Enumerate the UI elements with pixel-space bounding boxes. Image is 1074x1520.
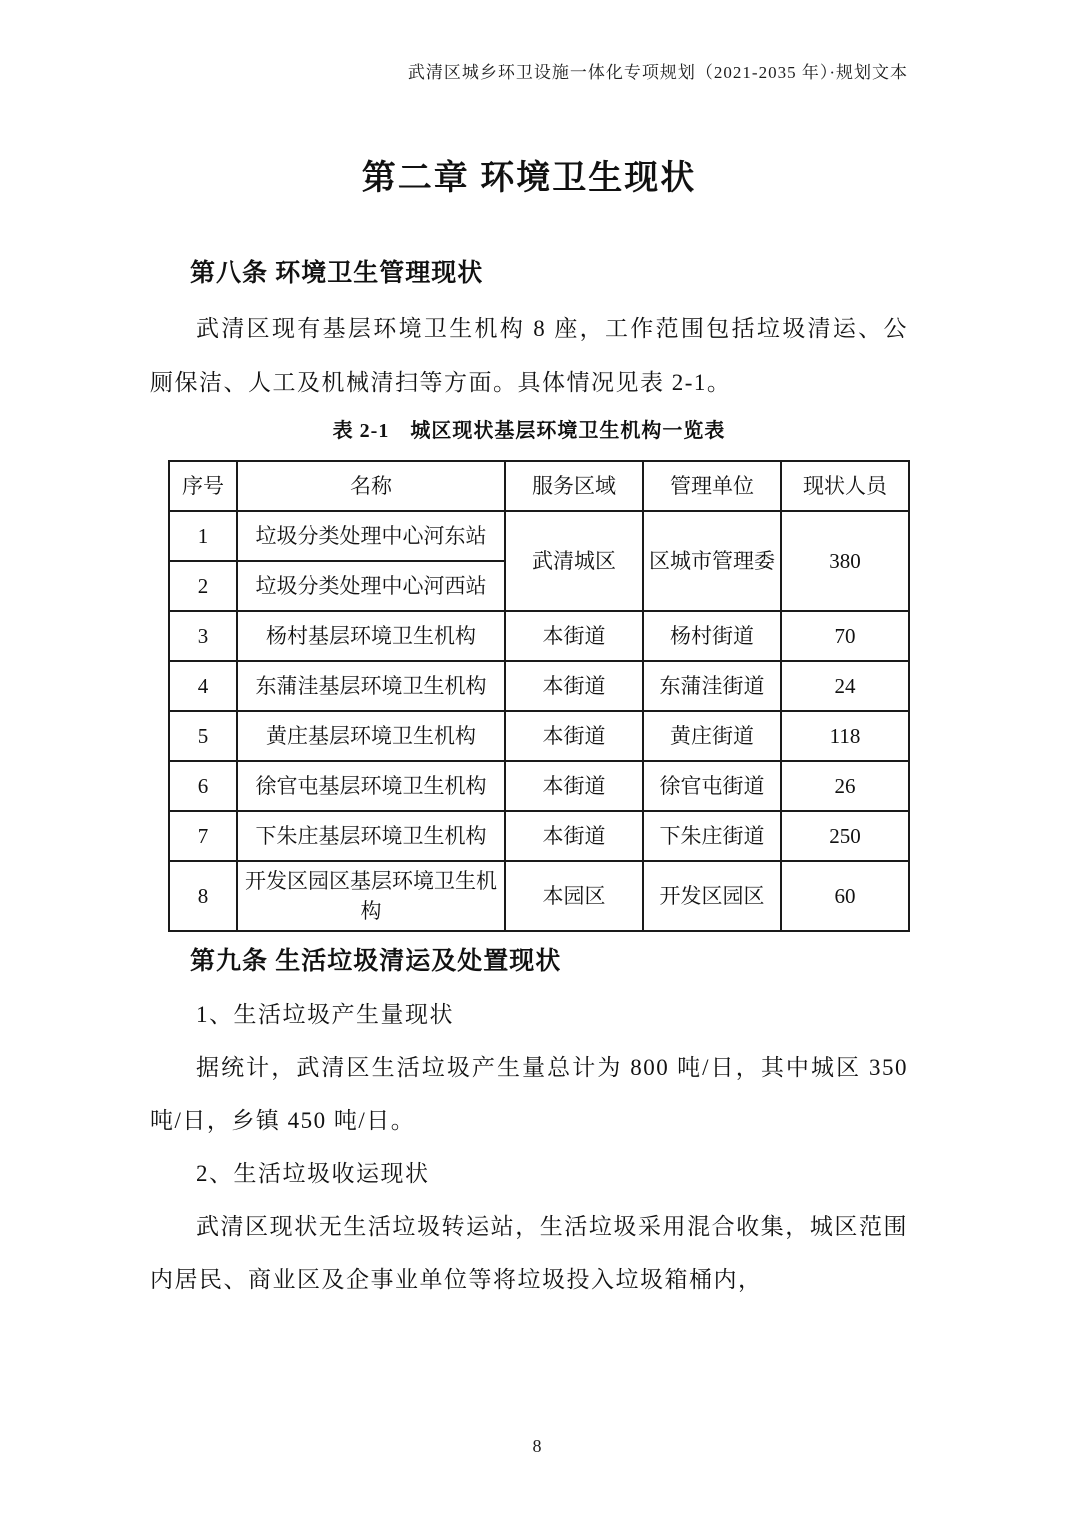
table-cell: 6: [169, 761, 237, 811]
table-cell: 本街道: [505, 811, 643, 861]
table-cell: 本街道: [505, 711, 643, 761]
table-cell: 本园区: [505, 861, 643, 931]
table-row: 4东蒲洼基层环境卫生机构本街道东蒲洼街道24: [169, 661, 909, 711]
table-cell: 徐官屯基层环境卫生机构: [237, 761, 505, 811]
table-cell: 开发区园区基层环境卫生机构: [237, 861, 505, 931]
table-cell: 区城市管理委: [643, 511, 781, 611]
table-cell: 70: [781, 611, 909, 661]
table-row: 5黄庄基层环境卫生机构本街道黄庄街道118: [169, 711, 909, 761]
table-cell: 垃圾分类处理中心河西站: [237, 561, 505, 611]
table-cell: 本街道: [505, 761, 643, 811]
col-header-managing-unit: 管理单位: [643, 461, 781, 511]
table-cell: 本街道: [505, 611, 643, 661]
section8-paragraph: 武清区现有基层环境卫生机构 8 座，工作范围包括垃圾清运、公厕保洁、人工及机械清…: [150, 302, 908, 410]
table-cell: 5: [169, 711, 237, 761]
table-cell: 黄庄基层环境卫生机构: [237, 711, 505, 761]
table-caption: 表 2-1 城区现状基层环境卫生机构一览表: [150, 418, 908, 444]
col-header-index: 序号: [169, 461, 237, 511]
table-cell: 60: [781, 861, 909, 931]
table-cell: 垃圾分类处理中心河东站: [237, 511, 505, 561]
table-cell: 杨村街道: [643, 611, 781, 661]
document-page: 武清区城乡环卫设施一体化专项规划（2021-2035 年）·规划文本 第二章 环…: [0, 0, 1074, 1520]
table-cell: 黄庄街道: [643, 711, 781, 761]
org-table: 序号 名称 服务区域 管理单位 现状人员 1垃圾分类处理中心河东站武清城区区城市…: [168, 460, 910, 932]
table-cell: 7: [169, 811, 237, 861]
table-cell: 开发区园区: [643, 861, 781, 931]
section9-paragraph2: 武清区现状无生活垃圾转运站，生活垃圾采用混合收集，城区范围内居民、商业区及企事业…: [150, 1200, 908, 1306]
table-cell: 杨村基层环境卫生机构: [237, 611, 505, 661]
col-header-service-area: 服务区域: [505, 461, 643, 511]
table-cell: 250: [781, 811, 909, 861]
table-cell: 24: [781, 661, 909, 711]
table-row: 3杨村基层环境卫生机构本街道杨村街道70: [169, 611, 909, 661]
table-cell: 26: [781, 761, 909, 811]
table-cell: 下朱庄街道: [643, 811, 781, 861]
table-cell: 8: [169, 861, 237, 931]
table-row: 6徐官屯基层环境卫生机构本街道徐官屯街道26: [169, 761, 909, 811]
running-header: 武清区城乡环卫设施一体化专项规划（2021-2035 年）·规划文本: [150, 62, 908, 84]
section9-content: 1、生活垃圾产生量现状 据统计，武清区生活垃圾产生量总计为 800 吨/日，其中…: [150, 988, 908, 1306]
table-header-row: 序号 名称 服务区域 管理单位 现状人员: [169, 461, 909, 511]
col-header-name: 名称: [237, 461, 505, 511]
table-cell: 380: [781, 511, 909, 611]
table-cell: 本街道: [505, 661, 643, 711]
section9-paragraph1: 据统计，武清区生活垃圾产生量总计为 800 吨/日，其中城区 350 吨/日，乡…: [150, 1041, 908, 1147]
section9-item2: 2、生活垃圾收运现状: [150, 1147, 908, 1200]
table-row: 7下朱庄基层环境卫生机构本街道下朱庄街道250: [169, 811, 909, 861]
section9-item1: 1、生活垃圾产生量现状: [150, 988, 908, 1041]
table-body: 1垃圾分类处理中心河东站武清城区区城市管理委3802垃圾分类处理中心河西站3杨村…: [169, 511, 909, 931]
col-header-current-staff: 现状人员: [781, 461, 909, 511]
table-cell: 武清城区: [505, 511, 643, 611]
chapter-title: 第二章 环境卫生现状: [150, 158, 908, 200]
table-cell: 下朱庄基层环境卫生机构: [237, 811, 505, 861]
table-row: 1垃圾分类处理中心河东站武清城区区城市管理委380: [169, 511, 909, 561]
section8-heading: 第八条 环境卫生管理现状: [150, 258, 908, 290]
section9-heading: 第九条 生活垃圾清运及处置现状: [150, 946, 908, 978]
table-row: 8开发区园区基层环境卫生机构本园区开发区园区60: [169, 861, 909, 931]
table-cell: 东蒲洼街道: [643, 661, 781, 711]
table-cell: 徐官屯街道: [643, 761, 781, 811]
table-cell: 3: [169, 611, 237, 661]
page-number: 8: [0, 1436, 1074, 1457]
table-cell: 东蒲洼基层环境卫生机构: [237, 661, 505, 711]
table-cell: 2: [169, 561, 237, 611]
table-cell: 1: [169, 511, 237, 561]
table-cell: 118: [781, 711, 909, 761]
table-cell: 4: [169, 661, 237, 711]
